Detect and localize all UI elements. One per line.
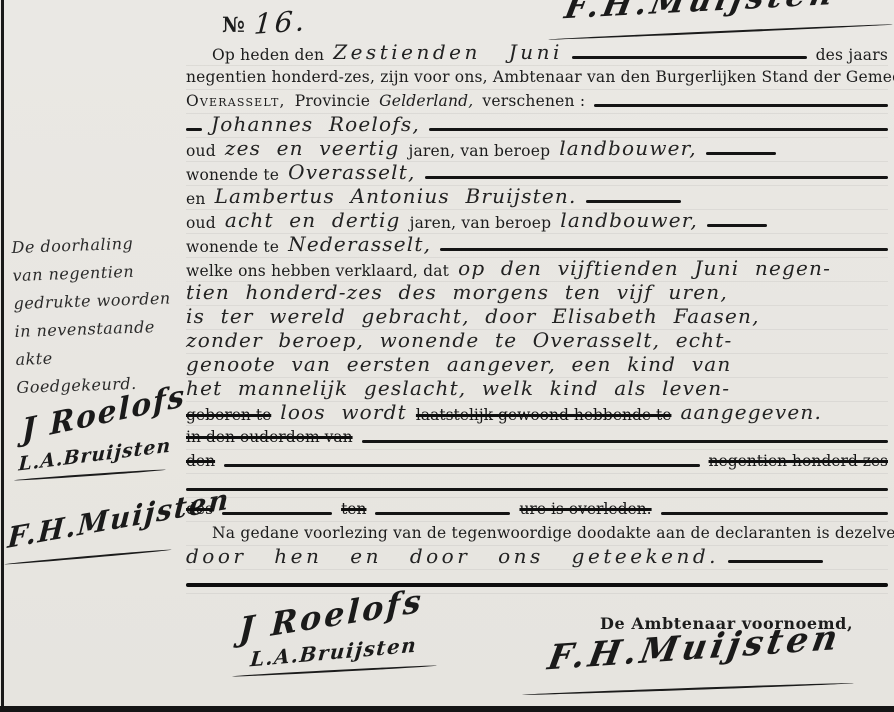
handwritten-text: aangegeven. [680, 400, 822, 424]
printed-text: des jaars [816, 43, 888, 67]
body-lines: Op heden denZestienden Junides jaarsnege… [186, 41, 888, 593]
scan-edge-left [1, 0, 4, 712]
body-line: Na gedane voorlezing van de tegenwoordig… [186, 521, 888, 545]
struck-text: ten [341, 497, 366, 521]
printed-text: Overasselt, [186, 89, 286, 113]
fill-rule [425, 176, 888, 179]
body-line: tien honderd-zes des morgens ten vijf ur… [186, 281, 888, 305]
fill-rule [707, 224, 767, 227]
printed-text: en [186, 187, 206, 211]
fill-rule [362, 440, 888, 443]
margin-note-line: gedrukte woorden [13, 284, 186, 318]
handwritten-text: acht en dertig [225, 208, 401, 232]
corner-signature-flourish [548, 23, 893, 40]
body-line: oudacht en dertigjaren, van beroeplandbo… [186, 209, 888, 233]
printed-text: verschenen : [482, 89, 585, 113]
handwritten-text: Johannes Roelofs, [211, 112, 420, 136]
body-line: genoote van eersten aangever, een kind v… [186, 353, 888, 377]
fill-rule [728, 560, 823, 563]
body-line: destenure is overleden. [186, 497, 888, 521]
handwritten-text: genoote van eersten aangever, een kind v… [186, 352, 731, 376]
printed-text: oud [186, 139, 216, 163]
printed-text: negentien honderd-zes, zijn voor ons, Am… [186, 65, 894, 89]
handwritten-text: op den vijftienden Juni negen- [458, 256, 831, 280]
fill-rule [594, 104, 888, 107]
scan-edge-bottom [0, 706, 894, 712]
struck-text: laatstelijk gewoond hebbende te [416, 403, 672, 427]
fill-rule [224, 464, 699, 467]
body-line: dennegentien honderd zes [186, 449, 888, 473]
handwritten-text: zes en veertig [225, 136, 400, 160]
struck-text: negentien honderd zes [709, 449, 888, 473]
document-number: №16. [222, 6, 307, 39]
body-line: het mannelijk geslacht, welk kind als le… [186, 377, 888, 401]
struck-text: ure is overleden. [519, 497, 651, 521]
body-line: in den ouderdom van [186, 425, 888, 449]
struck-text: den [186, 449, 215, 473]
body-line: wonende teOverasselt, [186, 161, 888, 185]
printed-text: Gelderland, [379, 89, 473, 113]
body-line: Overasselt,ProvincieGelderland,verschene… [186, 89, 888, 113]
handwritten-text: loos wordt [280, 400, 407, 424]
struck-text: geboren te [186, 403, 271, 427]
handwritten-text: Overasselt, [288, 160, 415, 184]
fill-rule [222, 512, 332, 515]
struck-text: des [186, 497, 213, 521]
body-line: door hen en door ons geteekend. [186, 545, 888, 569]
fill-rule [440, 248, 888, 251]
printed-text: wonende te [186, 235, 279, 259]
body-line: Op heden denZestienden Junides jaars [186, 41, 888, 65]
fill-rule [586, 200, 681, 203]
margin-note: De doorhalingvan negentiengedrukte woord… [11, 228, 189, 402]
fill-rule [375, 512, 510, 515]
fill-rule [706, 152, 776, 155]
body-line: oudzes en veertigjaren, van beroeplandbo… [186, 137, 888, 161]
body-line: is ter wereld gebracht, door Elisabeth F… [186, 305, 888, 329]
official-signature-flourish [522, 682, 854, 696]
handwritten-text: door hen en door ons geteekend. [186, 544, 719, 568]
document-number-value: 16. [253, 4, 309, 41]
printed-text: Provincie [295, 89, 370, 113]
margin-signature-official-flourish [4, 549, 172, 566]
body-line: geboren teloos wordtlaatstelijk gewoond … [186, 401, 888, 425]
fill-rule [186, 583, 888, 587]
handwritten-text: zonder beroep, wonende te Overasselt, ec… [186, 328, 732, 352]
printed-text: Op heden den [212, 43, 324, 67]
handwritten-text: Nederasselt, [288, 232, 431, 256]
handwritten-text: het mannelijk geslacht, welk kind als le… [186, 376, 730, 400]
document-number-label: № [222, 12, 246, 37]
printed-text: Na gedane voorlezing van de tegenwoordig… [212, 521, 894, 545]
body-line: zonder beroep, wonende te Overasselt, ec… [186, 329, 888, 353]
handwritten-text: tien honderd-zes des morgens ten vijf ur… [186, 280, 728, 304]
corner-signature: F.H.Muijsten [562, 0, 840, 26]
handwritten-text: Lambertus Antonius Bruijsten. [215, 184, 577, 208]
body-line [186, 569, 888, 593]
fill-rule [661, 512, 888, 515]
printed-text: oud [186, 211, 216, 235]
body-line: negentien honderd-zes, zijn voor ons, Am… [186, 65, 888, 89]
body-line [186, 473, 888, 497]
handwritten-text: landbouwer, [559, 136, 697, 160]
handwritten-text: is ter wereld gebracht, door Elisabeth F… [186, 304, 760, 328]
fill-rule [186, 128, 202, 131]
fill-rule [572, 56, 807, 59]
body-line: welke ons hebben verklaard, datop den vi… [186, 257, 888, 281]
printed-text: jaren, van beroep [408, 139, 550, 163]
handwritten-text: Zestienden Juni [333, 40, 563, 64]
body-line: Johannes Roelofs, [186, 113, 888, 137]
document-page: F.H.Muijsten №16. De doorhalingvan negen… [0, 0, 894, 712]
struck-text: in den ouderdom van [186, 425, 353, 449]
fill-rule [186, 488, 888, 491]
fill-rule [429, 128, 888, 131]
body-line: wonende teNederasselt, [186, 233, 888, 257]
body-line: enLambertus Antonius Bruijsten. [186, 185, 888, 209]
handwritten-text: landbouwer, [560, 208, 698, 232]
